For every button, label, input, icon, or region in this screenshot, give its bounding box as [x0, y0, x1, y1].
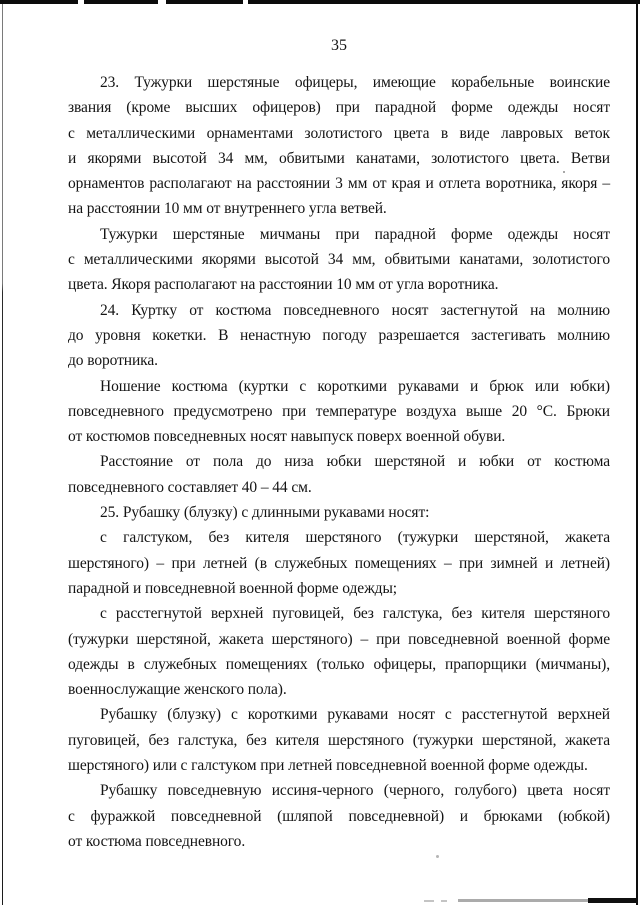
- scan-speck: [436, 855, 439, 858]
- text-line: до уровня кокетки. В ненастную погоду ра…: [68, 323, 610, 348]
- text-line: на расстоянии 10 мм от внутреннего угла …: [68, 196, 610, 221]
- paragraph: 23. Тужурки шерстяные офицеры, имеющие к…: [68, 70, 610, 222]
- text-line: с металлическими якорями высотой 34 мм, …: [68, 247, 610, 272]
- text-line: шерстяного) или с галстуком при летней п…: [68, 753, 610, 778]
- text-line: с фуражкой повседневной (шляпой повседне…: [68, 804, 610, 829]
- scan-border-right: [636, 0, 638, 905]
- paragraph: 25. Рубашку (блузку) с длинными рукавами…: [68, 500, 610, 525]
- text-line: 25. Рубашку (блузку) с длинными рукавами…: [68, 500, 610, 525]
- scan-border-bottom-dash: [441, 900, 447, 902]
- text-line: военнослужащие женского пола).: [68, 677, 610, 702]
- paragraph: Ношение костюма (куртки с короткими рука…: [68, 374, 610, 450]
- text-line: с металлическими орнаментами золотистого…: [68, 121, 610, 146]
- scan-border-top: [0, 0, 640, 4]
- paragraph: Рубашку повседневную иссиня-черного (чер…: [68, 778, 610, 854]
- text-line: от костюмов повседневных носят навыпуск …: [68, 424, 610, 449]
- text-line: (тужурки шерстяной, жакета шерстяного) –…: [68, 627, 610, 652]
- text-line: и якорями высотой 34 мм, обвитыми каната…: [68, 146, 610, 171]
- text-line: 24. Куртку от костюма повседневного нося…: [68, 298, 610, 323]
- page-content: 35 23. Тужурки шерстяные офицеры, имеющи…: [68, 33, 610, 854]
- text-line: Рубашку (блузку) с короткими рукавами но…: [68, 702, 610, 727]
- text-line: цвета. Якоря располагают на расстоянии 1…: [68, 272, 610, 297]
- paragraph: Расстояние от пола до низа юбки шерстяно…: [68, 449, 610, 500]
- text-line: Расстояние от пола до низа юбки шерстяно…: [68, 449, 610, 474]
- text-line: шерстяного) – при летней (в служебных по…: [68, 551, 610, 576]
- paragraph: 24. Куртку от костюма повседневного нося…: [68, 298, 610, 374]
- text-line: с галстуком, без кителя шерстяного (тужу…: [68, 525, 610, 550]
- document-body: 23. Тужурки шерстяные офицеры, имеющие к…: [68, 70, 610, 854]
- scan-border-bottom-dash: [424, 900, 434, 902]
- text-line: с расстегнутой верхней пуговицей, без га…: [68, 601, 610, 626]
- document-page: 35 23. Тужурки шерстяные офицеры, имеющи…: [0, 0, 640, 905]
- text-line: Рубашку повседневную иссиня-черного (чер…: [68, 778, 610, 803]
- scan-border-bottom-gray: [458, 899, 590, 902]
- text-line: парадной и повседневной военной форме од…: [68, 576, 610, 601]
- text-line: повседневного составляет 40 – 44 см.: [68, 475, 610, 500]
- text-line: звания (кроме высших офицеров) при парад…: [68, 95, 610, 120]
- text-line: Ношение костюма (куртки с короткими рука…: [68, 374, 610, 399]
- scan-border-left: [2, 4, 3, 905]
- paragraph: с расстегнутой верхней пуговицей, без га…: [68, 601, 610, 702]
- paragraph: с галстуком, без кителя шерстяного (тужу…: [68, 525, 610, 601]
- text-line: орнаментов располагают на расстоянии 3 м…: [68, 171, 610, 196]
- scan-border-bottom-black: [588, 898, 638, 903]
- text-line: до воротника.: [68, 348, 610, 373]
- page-number: 35: [68, 33, 610, 58]
- text-line: повседневного предусмотрено при температ…: [68, 399, 610, 424]
- text-line: Тужурки шерстяные мичманы при парадной ф…: [68, 222, 610, 247]
- paragraph: Рубашку (блузку) с короткими рукавами но…: [68, 702, 610, 778]
- paragraph: Тужурки шерстяные мичманы при парадной ф…: [68, 222, 610, 298]
- text-line: от костюма повседневного.: [68, 829, 610, 854]
- text-line: пуговицей, без галстука, без кителя шерс…: [68, 728, 610, 753]
- text-line: 23. Тужурки шерстяные офицеры, имеющие к…: [68, 70, 610, 95]
- scan-border-gap: [243, 0, 248, 4]
- text-line: одежды в служебных помещениях (только оф…: [68, 652, 610, 677]
- scan-border-gap: [78, 0, 84, 4]
- scan-border-gap: [158, 0, 166, 4]
